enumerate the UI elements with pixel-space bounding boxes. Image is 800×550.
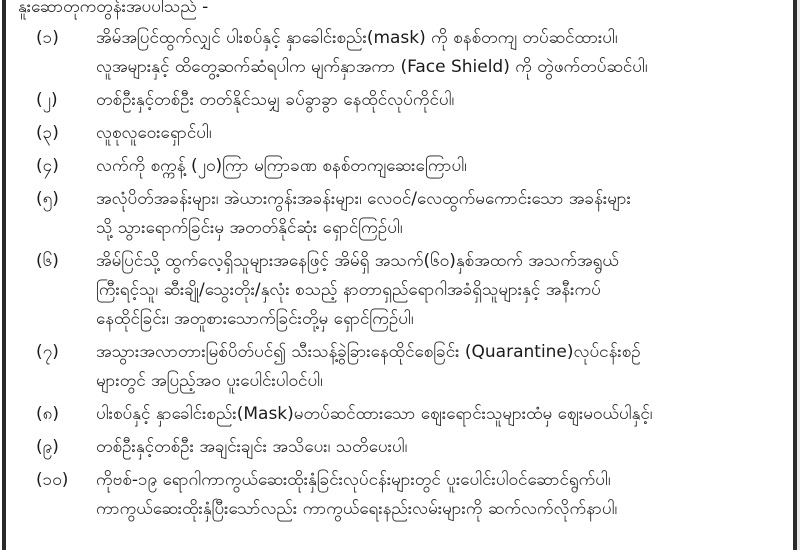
guidelines-document: နူးဆောတုကတွန်းအပပါသည် - (၁) အိမ်အပြင်ထွက… <box>14 0 786 524</box>
item-number: (၈) <box>14 400 96 429</box>
item-line: အိမ်အပြင်ထွက်လျှင် ပါးစပ်နှင့် နှာခေါင်း… <box>96 24 786 53</box>
item-text: အိမ်ပြင်သို့ ထွက်လေ့ရှိသူများအနေဖြင့် အိ… <box>96 247 786 334</box>
item-number: (၃) <box>14 119 96 148</box>
list-item: (၁) အိမ်အပြင်ထွက်လျှင် ပါးစပ်နှင့် နှာခေ… <box>14 24 786 82</box>
item-line: များတွင် အပြည့်အဝ ပူးပေါင်းပါဝင်ပါ၊ <box>96 367 786 396</box>
item-number: (၉) <box>14 433 96 462</box>
item-line: အိမ်ပြင်သို့ ထွက်လေ့ရှိသူများအနေဖြင့် အိ… <box>96 247 786 276</box>
item-line: ကြီးရင့်သူ၊ ဆီးချို/သွေးတိုး/နှလုံး စသည့… <box>96 276 786 305</box>
item-number: (၇) <box>14 338 96 367</box>
item-text: အလုံပိတ်အခန်းများ၊ အဲယားကွန်းအခန်းများ၊ … <box>96 185 786 243</box>
item-line: နေထိုင်ခြင်း၊ အတူစားသောက်ခြင်းတို့မှ ရှေ… <box>96 305 786 334</box>
item-line: သို့ သွားရောက်ခြင်းမှ အတတ်နိုင်ဆုံး ရှော… <box>96 214 786 243</box>
intro-heading: နူးဆောတုကတွန်းအပပါသည် - <box>14 0 786 20</box>
item-line: ပါးစပ်နှင့် နှာခေါင်းစည်း(Mask)မတပ်ဆင်ထာ… <box>96 400 786 429</box>
item-text: အသွားအလာတားမြစ်ပိတ်ပင်၍ သီးသန့်ခွဲခြားနေ… <box>96 338 786 396</box>
list-item: (၈) ပါးစပ်နှင့် နှာခေါင်းစည်း(Mask)မတပ်ဆ… <box>14 400 786 429</box>
list-item: (၆) အိမ်ပြင်သို့ ထွက်လေ့ရှိသူများအနေဖြင့… <box>14 247 786 334</box>
item-line: လက်ကို စက္ကန့် (၂၀)ကြာ မကြာခဏ စနစ်တကျဆေး… <box>96 152 786 181</box>
item-line: အလုံပိတ်အခန်းများ၊ အဲယားကွန်းအခန်းများ၊ … <box>96 185 786 214</box>
item-number: (၅) <box>14 185 96 214</box>
item-text: ပါးစပ်နှင့် နှာခေါင်းစည်း(Mask)မတပ်ဆင်ထာ… <box>96 400 786 429</box>
list-item: (၃) လူစုလူဝေးရှောင်ပါ၊ <box>14 119 786 148</box>
item-number: (၁) <box>14 24 96 53</box>
item-number: (၆) <box>14 247 96 276</box>
item-text: အိမ်အပြင်ထွက်လျှင် ပါးစပ်နှင့် နှာခေါင်း… <box>96 24 786 82</box>
item-text: လူစုလူဝေးရှောင်ပါ၊ <box>96 119 786 148</box>
list-item: (၇) အသွားအလာတားမြစ်ပိတ်ပင်၍ သီးသန့်ခွဲခြ… <box>14 338 786 396</box>
item-line: အသွားအလာတားမြစ်ပိတ်ပင်၍ သီးသန့်ခွဲခြားနေ… <box>96 338 786 367</box>
item-text: တစ်ဦးနှင့်တစ်ဦး အချင်းချင်း အသိပေး၊ သတိပ… <box>96 433 786 462</box>
list-item: (၄) လက်ကို စက္ကန့် (၂၀)ကြာ မကြာခဏ စနစ်တက… <box>14 152 786 181</box>
item-number: (၁၀) <box>14 466 96 495</box>
item-line: လူအများနှင့် ထိတွေ့ဆက်ဆံရပါက မျက်နှာအကာ … <box>96 53 786 82</box>
item-text: လက်ကို စက္ကန့် (၂၀)ကြာ မကြာခဏ စနစ်တကျဆေး… <box>96 152 786 181</box>
item-line: တစ်ဦးနှင့်တစ်ဦး တတ်နိုင်သမျှ ခပ်ခွာခွာ န… <box>96 86 786 115</box>
item-number: (၂) <box>14 86 96 115</box>
item-line: ကိုဗစ်-၁၉ ရောဂါကာကွယ်ဆေးထိုးနှံခြင်းလုပ်… <box>96 466 786 495</box>
list-item: (၉) တစ်ဦးနှင့်တစ်ဦး အချင်းချင်း အသိပေး၊ … <box>14 433 786 462</box>
item-number: (၄) <box>14 152 96 181</box>
item-line: လူစုလူဝေးရှောင်ပါ၊ <box>96 119 786 148</box>
item-text: တစ်ဦးနှင့်တစ်ဦး တတ်နိုင်သမျှ ခပ်ခွာခွာ န… <box>96 86 786 115</box>
list-item: (၅) အလုံပိတ်အခန်းများ၊ အဲယားကွန်းအခန်းမျ… <box>14 185 786 243</box>
list-item: (၁၀) ကိုဗစ်-၁၉ ရောဂါကာကွယ်ဆေးထိုးနှံခြင်… <box>14 466 786 524</box>
item-text: ကိုဗစ်-၁၉ ရောဂါကာကွယ်ဆေးထိုးနှံခြင်းလုပ်… <box>96 466 786 524</box>
item-line: ကာကွယ်ဆေးထိုးနှံပြီးသော်လည်း ကာကွယ်ရေးနည… <box>96 495 786 524</box>
item-line: တစ်ဦးနှင့်တစ်ဦး အချင်းချင်း အသိပေး၊ သတိပ… <box>96 433 786 462</box>
list-item: (၂) တစ်ဦးနှင့်တစ်ဦး တတ်နိုင်သမျှ ခပ်ခွာခ… <box>14 86 786 115</box>
left-border-bar <box>2 0 6 550</box>
